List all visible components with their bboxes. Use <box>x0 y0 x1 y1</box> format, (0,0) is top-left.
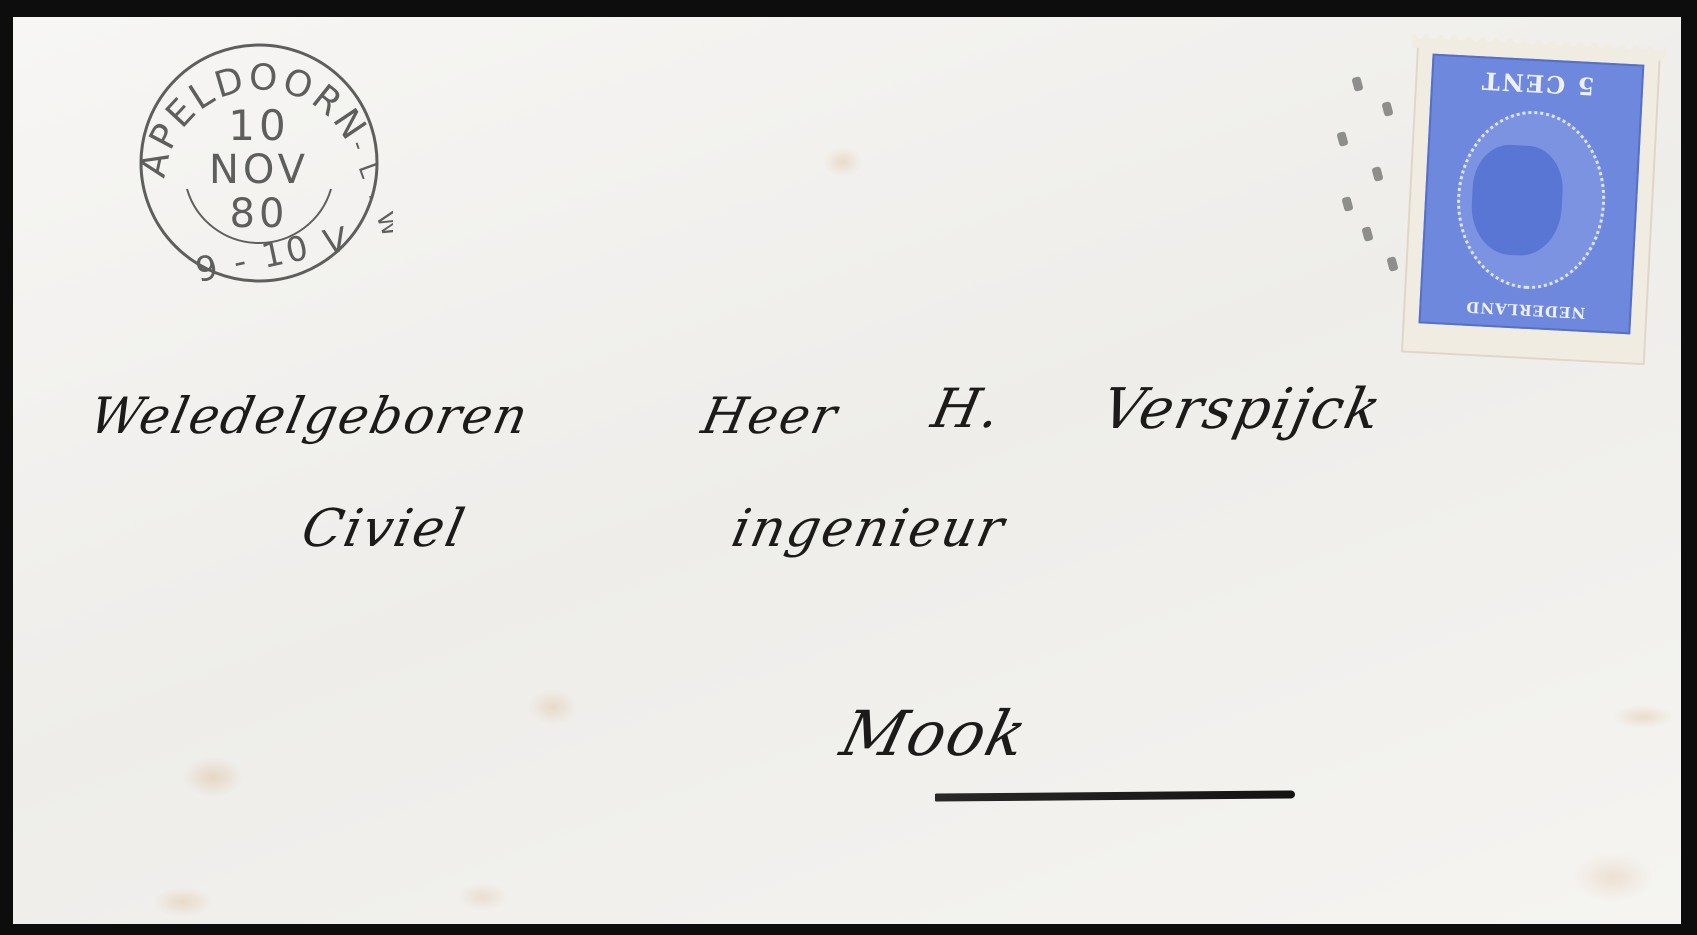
address-salutation: Weledelgeboren <box>85 387 535 445</box>
address-title: Heer <box>697 387 844 445</box>
stamp-portrait-frame <box>1453 107 1610 293</box>
postmark-day: 10 <box>125 101 393 150</box>
address-town: Mook <box>834 697 1036 770</box>
stamp-design: NEDERLAND 5 CENT <box>1418 54 1644 335</box>
king-portrait-icon <box>1469 143 1565 258</box>
envelope: APELDOORN - L . W 9 - 10 V 10 NOV 80 NED… <box>13 17 1681 924</box>
postmark-year: 80 <box>125 191 393 237</box>
address-initial: H. <box>926 377 1008 440</box>
address-profession-2: ingenieur <box>727 499 1011 559</box>
postmark-month: NOV <box>125 147 393 193</box>
address-profession-1: Civiel <box>297 499 472 559</box>
postmark: APELDOORN - L . W 9 - 10 V 10 NOV 80 <box>125 29 393 297</box>
town-underline <box>935 790 1295 801</box>
stamp-value: 5 CENT <box>1463 65 1612 102</box>
stamp-country: NEDERLAND <box>1451 297 1600 323</box>
address-surname: Verspijck <box>1096 377 1388 442</box>
postage-stamp: NEDERLAND 5 CENT <box>1403 41 1659 363</box>
